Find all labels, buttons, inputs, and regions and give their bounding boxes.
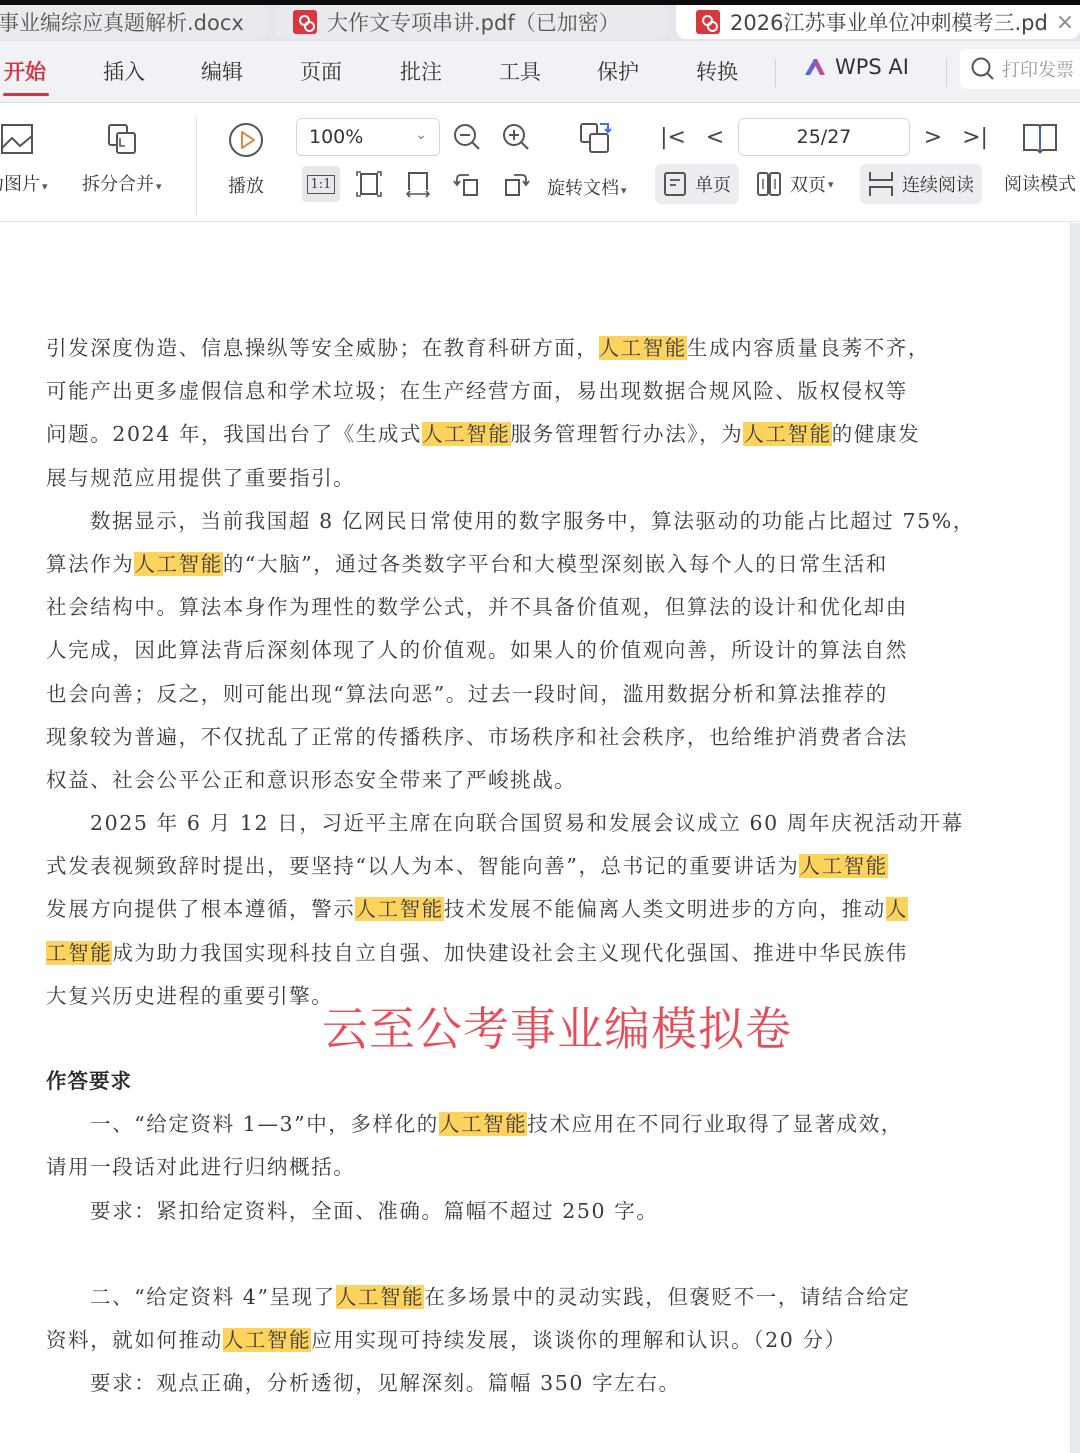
text-segment: 社会结构中。算法本身作为理性的数学公式，并不具备价值观，但算法的设计和优化却由 [46, 595, 908, 619]
chevron-down-icon: ▾ [42, 180, 48, 193]
single-page-label: 单页 [695, 171, 731, 197]
continuous-reading-label: 连续阅读 [902, 171, 974, 197]
next-page-button[interactable]: > [920, 122, 946, 152]
highlighted-term: 人工智能 [743, 422, 831, 446]
text-segment: 大复兴历史进程的重要引擎。 [46, 984, 333, 1008]
text-line: 可能产出更多虚假信息和学术垃圾；在生产经营方面，易出现数据合规风险、版权侵权等 [46, 370, 946, 413]
zoom-level-value: 100% [309, 126, 363, 148]
fit-page-icon [355, 170, 383, 198]
play-label: 播放 [228, 172, 264, 198]
text-segment: 引发深度伪造、信息操纵等安全威胁；在教育科研方面， [46, 336, 599, 360]
text-line: 2025 年 6 月 12 日，习近平主席在向联合国贸易和发展会议成立 60 周… [46, 802, 946, 845]
text-line: 社会结构中。算法本身作为理性的数学公式，并不具备价值观，但算法的设计和优化却由 [46, 586, 946, 629]
fit-width-button[interactable] [401, 168, 435, 200]
split-merge-icon [105, 122, 139, 156]
text-segment: 现象较为普遍，不仅扰乱了正常的传播秩序、市场秩序和社会秩序，也给维护消费者合法 [46, 725, 908, 749]
search-input[interactable]: 打印发票 [960, 49, 1080, 89]
tab-suffix: （已加密） [515, 7, 620, 37]
text-segment: 成为助力我国实现科技自立自强、加快建设社会主义现代化强国、推进中华民族伟 [112, 941, 908, 965]
page-number-value: 25/27 [797, 126, 852, 148]
highlighted-term: 人工智能 [134, 552, 222, 576]
text-segment: 展与规范应用提供了重要指引。 [46, 466, 355, 490]
rotate-document-icon-button[interactable] [576, 118, 616, 158]
text-segment: 技术发展不能偏离人类文明进步的方向，推动 [444, 897, 886, 921]
text-segment: 在多场景中的灵动实践，但褒贬不一，请结合给定 [424, 1285, 910, 1309]
highlighted-term: 人工智能 [355, 897, 443, 921]
play-button[interactable]: 播放 [228, 122, 264, 198]
text-segment: 生成内容质量良莠不齐， [687, 336, 930, 360]
highlighted-term: 人工智能 [336, 1285, 424, 1309]
text-line: 问题。2024 年，我国出台了《生成式人工智能服务管理暂行办法》，为人工智能的健… [46, 413, 946, 456]
chevron-down-icon: ⌄ [415, 127, 427, 143]
text-segment: 人完成，因此算法背后深刻体现了人的价值观。如果人的价值观向善，所设计的算法自然 [46, 638, 908, 662]
zoom-in-icon [501, 122, 531, 152]
text-segment: 问题。2024 年，我国出台了《生成式 [46, 422, 422, 446]
image-icon [0, 122, 34, 156]
text-segment: 算法作为 [46, 552, 134, 576]
continuous-reading-icon [868, 170, 894, 198]
zoom-in-button[interactable] [500, 120, 532, 154]
text-line: 一、“给定资料 1—3”中，多样化的人工智能技术应用在不同行业取得了显著成效， [46, 1103, 946, 1146]
pdf-icon [293, 10, 317, 34]
text-segment: 服务管理暂行办法》，为 [511, 422, 744, 446]
menu-start[interactable]: 开始 [4, 56, 46, 86]
menu-divider [775, 59, 776, 87]
text-segment: 的健康发 [832, 422, 920, 446]
chevron-down-icon: ▾ [621, 184, 627, 197]
close-icon[interactable]: × [1056, 10, 1074, 35]
text-segment: 的“大脑”，通过各类数字平台和大模型深刻嵌入每个人的日常生活和 [223, 552, 888, 576]
ribbon-toolbar: 为图片▾ 拆分合并▾ 播放 100% ⌄ [0, 104, 1080, 222]
to-image-button[interactable]: 为图片▾ [0, 122, 48, 196]
menu-tools[interactable]: 工具 [499, 56, 541, 86]
single-page-toggle[interactable]: 单页 [655, 164, 739, 204]
search-placeholder: 打印发票 [1002, 56, 1074, 82]
split-merge-button[interactable]: 拆分合并▾ [82, 122, 162, 196]
text-segment: 数据显示，当前我国超 8 亿网民日常使用的数字服务中，算法驱动的功能占比超过 7… [90, 509, 975, 533]
double-page-label: 双页 [790, 171, 826, 197]
question-block: 一、“给定资料 1—3”中，多样化的人工智能技术应用在不同行业取得了显著成效，请… [46, 1103, 946, 1233]
answer-requirements-heading: 作答要求 [46, 1060, 946, 1103]
text-segment: 二、“给定资料 4”呈现了 [90, 1285, 336, 1309]
zoom-out-button[interactable] [451, 120, 483, 154]
double-page-toggle[interactable]: 双页▾ [748, 164, 842, 204]
text-segment: 技术应用在不同行业取得了显著成效， [527, 1112, 903, 1136]
text-segment: 资料，就如何推动 [46, 1328, 223, 1352]
play-icon [228, 122, 264, 158]
spacer [46, 1233, 946, 1276]
ribbon-menu-bar: 开始 插入 编辑 页面 批注 工具 保护 转换 WPS AI 打印发票 [0, 41, 1080, 103]
rotate-right-button[interactable] [499, 168, 533, 200]
highlighted-term: 人工智能 [799, 854, 887, 878]
page-gutter [1070, 223, 1080, 1453]
text-line: 请用一段话对此进行归纳概括。 [46, 1146, 946, 1189]
text-segment: 权益、社会公平公正和意识形态安全带来了严峻挑战。 [46, 768, 576, 792]
question-block: 二、“给定资料 4”呈现了人工智能在多场景中的灵动实践，但褒贬不一，请结合给定资… [46, 1276, 946, 1406]
text-segment: 2025 年 6 月 12 日，习近平主席在向联合国贸易和发展会议成立 60 周… [90, 811, 964, 835]
tab-title: 2026江苏事业单位冲刺模考三.pd [730, 7, 1048, 37]
text-segment: 式发表视频致辞时提出，要坚持“以人为本、智能向善”，总书记的重要讲话为 [46, 854, 799, 878]
rotate-document-icon [578, 120, 614, 156]
highlighted-term: 人工智能 [422, 422, 510, 446]
menu-insert[interactable]: 插入 [103, 56, 145, 86]
text-line: 展与规范应用提供了重要指引。 [46, 457, 946, 500]
document-viewer[interactable]: 引发深度伪造、信息操纵等安全威胁；在教育科研方面，人工智能生成内容质量良莠不齐，… [0, 223, 1080, 1453]
previous-page-button[interactable]: < [702, 122, 728, 152]
to-image-label: 为图片 [0, 174, 40, 195]
rotate-left-button[interactable] [450, 168, 484, 200]
wps-ai-button[interactable]: WPS AI [803, 55, 909, 79]
text-line: 式发表视频致辞时提出，要坚持“以人为本、智能向善”，总书记的重要讲话为人工智能 [46, 845, 946, 888]
watermark-text: 云至公考事业编模拟卷 [322, 993, 792, 1059]
menu-edit[interactable]: 编辑 [201, 56, 243, 86]
chevron-left-icon: < [706, 125, 724, 150]
text-segment: 应用实现可持续发展，谈谈你的理解和认识。（20 分） [311, 1328, 846, 1352]
rotate-right-icon [502, 170, 530, 198]
tab-docx[interactable]: 事业编综应真题解析.docx [0, 5, 268, 39]
tab-title: 大作文专项串讲.pdf [327, 7, 515, 37]
text-line: 也会向善；反之，则可能出现“算法向恶”。过去一段时间，滥用数据分析和算法推荐的 [46, 673, 946, 716]
highlighted-term: 人工智能 [599, 336, 687, 360]
text-line: 权益、社会公平公正和意识形态安全带来了严峻挑战。 [46, 759, 946, 802]
menu-divider [946, 59, 947, 87]
first-page-button[interactable]: |< [660, 122, 686, 152]
last-page-button[interactable]: >| [962, 122, 988, 152]
fit-width-icon [404, 170, 432, 198]
rotate-left-icon [453, 170, 481, 198]
wps-ai-logo-icon [803, 57, 827, 77]
text-segment: 要求：观点正确，分析透彻，见解深刻。篇幅 350 字左右。 [90, 1371, 681, 1395]
search-icon [970, 56, 996, 82]
zoom-level-select[interactable]: 100% ⌄ [296, 118, 440, 156]
tab-pdf-active[interactable]: 2026江苏事业单位冲刺模考三.pd × [676, 5, 1080, 39]
actual-size-icon: 1:1 [307, 175, 336, 194]
document-tab-bar: 事业编综应真题解析.docx 大作文专项串讲.pdf （已加密） 2026江苏事… [0, 5, 1080, 41]
menu-page[interactable]: 页面 [300, 56, 342, 86]
zoom-out-icon [452, 122, 482, 152]
wps-ai-label: WPS AI [835, 55, 909, 79]
reading-mode-button[interactable]: 阅读模式 [1004, 122, 1076, 196]
toolbar-divider [196, 116, 197, 216]
text-line: 工智能成为助力我国实现科技自立自强、加快建设社会主义现代化强国、推进中华民族伟 [46, 932, 946, 975]
split-merge-label: 拆分合并 [82, 174, 154, 195]
double-page-icon [756, 171, 782, 197]
rotate-document-menu[interactable]: 旋转文档▾ [547, 174, 627, 200]
last-page-icon: >| [962, 125, 988, 150]
highlighted-term: 人 [886, 897, 908, 921]
text-line: 人完成，因此算法背后深刻体现了人的价值观。如果人的价值观向善，所设计的算法自然 [46, 629, 946, 672]
text-line: 要求：紧扣给定资料，全面、准确。篇幅不超过 250 字。 [46, 1190, 946, 1233]
book-icon [1022, 122, 1058, 156]
tab-pdf-encrypted[interactable]: 大作文专项串讲.pdf （已加密） [275, 5, 668, 39]
text-segment: 发展方向提供了根本遵循，警示 [46, 897, 355, 921]
text-segment: 请用一段话对此进行归纳概括。 [46, 1155, 355, 1179]
text-line: 数据显示，当前我国超 8 亿网民日常使用的数字服务中，算法驱动的功能占比超过 7… [46, 500, 946, 543]
reading-mode-label: 阅读模式 [1004, 170, 1076, 196]
text-line: 引发深度伪造、信息操纵等安全威胁；在教育科研方面，人工智能生成内容质量良莠不齐， [46, 327, 946, 370]
tab-title: 事业编综应真题解析.docx [0, 7, 244, 37]
actual-size-button[interactable]: 1:1 [304, 168, 338, 200]
text-line: 现象较为普遍，不仅扰乱了正常的传播秩序、市场秩序和社会秩序，也给维护消费者合法 [46, 716, 946, 759]
text-segment: 要求：紧扣给定资料，全面、准确。篇幅不超过 250 字。 [90, 1199, 658, 1223]
chevron-right-icon: > [924, 125, 942, 150]
text-segment: 可能产出更多虚假信息和学术垃圾；在生产经营方面，易出现数据合规风险、版权侵权等 [46, 379, 908, 403]
text-line: 要求：观点正确，分析透彻，见解深刻。篇幅 350 字左右。 [46, 1362, 946, 1405]
continuous-reading-toggle[interactable]: 连续阅读 [860, 164, 982, 204]
menu-protect[interactable]: 保护 [597, 56, 639, 86]
text-line: 二、“给定资料 4”呈现了人工智能在多场景中的灵动实践，但褒贬不一，请结合给定 [46, 1276, 946, 1319]
text-segment: 一、“给定资料 1—3”中，多样化的 [90, 1112, 439, 1136]
text-line: 算法作为人工智能的“大脑”，通过各类数字平台和大模型深刻嵌入每个人的日常生活和 [46, 543, 946, 586]
text-line: 资料，就如何推动人工智能应用实现可持续发展，谈谈你的理解和认识。（20 分） [46, 1319, 946, 1362]
highlighted-term: 人工智能 [439, 1112, 527, 1136]
first-page-icon: |< [660, 125, 686, 150]
pdf-icon [696, 10, 720, 34]
menu-convert[interactable]: 转换 [696, 56, 738, 86]
chevron-down-icon: ▾ [828, 178, 834, 191]
chevron-down-icon: ▾ [156, 180, 162, 193]
page-number-input[interactable]: 25/27 [738, 118, 910, 156]
single-page-icon [663, 171, 687, 197]
highlighted-term: 人工智能 [223, 1328, 311, 1352]
highlighted-term: 工智能 [46, 941, 112, 965]
rotate-document-label: 旋转文档 [547, 178, 619, 199]
text-line: 发展方向提供了根本遵循，警示人工智能技术发展不能偏离人类文明进步的方向，推动人 [46, 888, 946, 931]
fit-page-button[interactable] [352, 168, 386, 200]
text-segment: 也会向善；反之，则可能出现“算法向恶”。过去一段时间，滥用数据分析和算法推荐的 [46, 682, 888, 706]
menu-annotate[interactable]: 批注 [400, 56, 442, 86]
document-page-content: 引发深度伪造、信息操纵等安全威胁；在教育科研方面，人工智能生成内容质量良莠不齐，… [46, 327, 946, 1405]
active-menu-indicator [3, 93, 49, 96]
